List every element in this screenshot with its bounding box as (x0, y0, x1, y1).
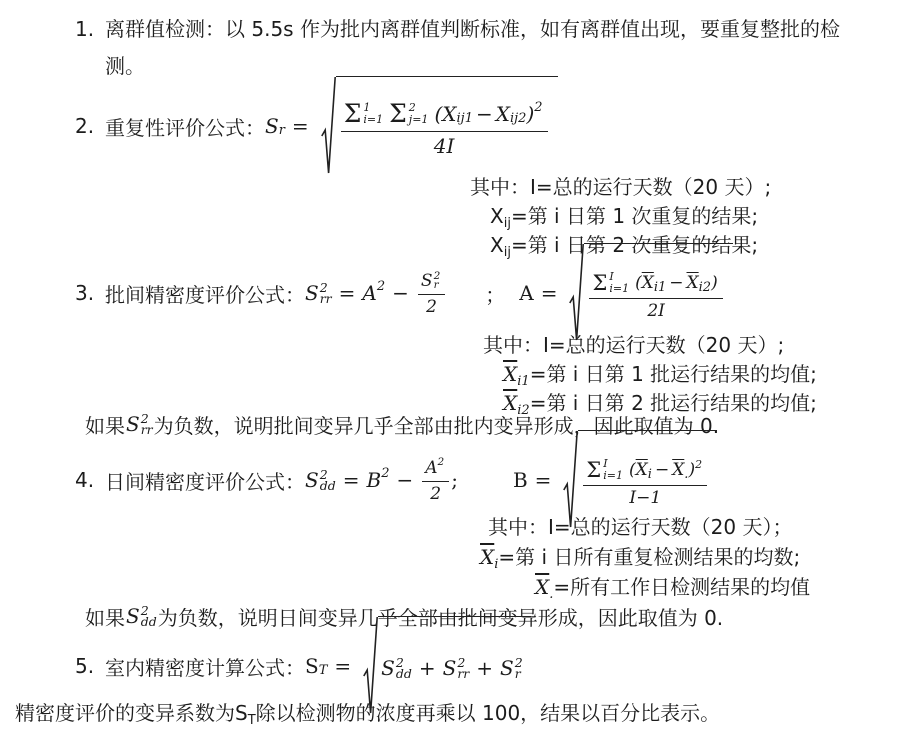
math-token: = (292, 114, 309, 138)
math-token: r (515, 668, 521, 679)
note-line: Xi=第 i 日所有重复检测结果的均数; (480, 541, 810, 571)
math-token: i=1 (609, 283, 629, 295)
math-token: i1 (517, 374, 529, 389)
math-token: ij2 (510, 111, 526, 126)
math-token: ( (635, 273, 642, 293)
math-token: rr (141, 424, 153, 435)
math-token: − (392, 281, 409, 305)
math-token: S (305, 281, 319, 305)
math-token: X (535, 575, 549, 599)
math-token: X (672, 460, 684, 480)
note-text: =所有工作日检测结果的均值 (553, 571, 810, 600)
document-page: 1. 离群值检测：以 5.5s 作为批内离群值判断标准，如有离群值出现，要重复整… (0, 0, 919, 729)
item4-notes: 其中：I=总的运行天数（20 天）； Xi=第 i 日所有重复检测结果的均数; … (480, 511, 810, 601)
math-token: X (642, 273, 654, 293)
math-token: S (235, 701, 248, 725)
formula-between-run: S2rr = A2 − S2r 2 ； A = Σ Ii=1 (305, 243, 733, 343)
math-token: = (334, 654, 351, 678)
math-token: ij1 (457, 111, 473, 126)
math-token: − (655, 460, 669, 480)
math-token: X (442, 102, 456, 126)
sub-sup-group: S2rr (126, 412, 153, 436)
list-number-5: 5. (75, 654, 105, 678)
radicand: Σ Ii=1 (Xi1−Xi2) 2I (584, 243, 732, 343)
sub-sup-group: S2rr (305, 281, 332, 305)
math-token: i (648, 467, 652, 482)
note-line: X.=所有工作日检测结果的均值 (535, 571, 810, 601)
math-token: S (500, 656, 514, 680)
math-token: S (126, 604, 140, 628)
math-token: dd (141, 616, 157, 627)
item2-label: 重复性评价公式： (105, 112, 265, 141)
math-token: rr (457, 668, 469, 679)
caveat-pre: 如果 (85, 410, 125, 439)
math-token: S (443, 656, 457, 680)
math-token: dd (320, 480, 336, 491)
math-token: A (519, 281, 533, 305)
item3-label: 批间精密度评价公式： (105, 279, 305, 308)
math-token: rr (320, 293, 332, 304)
math-token: S (305, 654, 319, 678)
note-line: 其中：I=总的运行天数（20 天）; (470, 171, 771, 200)
math-token: 2 (534, 100, 542, 115)
summation: Σ 2j=1 (389, 99, 428, 128)
sigma-icon: Σ (586, 458, 601, 482)
math-token: i=1 (603, 470, 623, 482)
summation: Σ 1i=1 (344, 99, 383, 128)
math-token: S (126, 412, 140, 436)
math-token: S (421, 271, 433, 291)
radical-sign-icon (321, 76, 336, 176)
note-text: 其中：I=总的运行天数（20 天）; (470, 171, 771, 200)
math-token: 2 (381, 466, 389, 481)
math-token: X (636, 460, 648, 480)
square-root: Σ 1i=1 Σ 2j=1 (Xij1−Xij2)2 4I (321, 76, 558, 176)
note-text: =第 i 日所有重复检测结果的均数; (498, 541, 800, 570)
radical-sign-icon (569, 243, 584, 343)
list-item-3: 3. 批间精密度评价公式： S2rr = A2 − S2r 2 ； A = Σ (75, 264, 733, 322)
math-token: T (319, 663, 328, 678)
list-item-5: 5. 室内精密度计算公式： ST = S2dd + S2rr + S2r (75, 641, 531, 691)
item5-label: 室内精密度计算公式： (105, 652, 305, 681)
note-line: Xi1=第 i 日第 1 批运行结果的均值; (503, 358, 817, 387)
fraction: Σ 1i=1 Σ 2j=1 (Xij1−Xij2)2 4I (341, 98, 548, 158)
footer-paragraph: 精密度评价的变异系数为 ST 除以检测物的浓度再乘以 100，结果以百分比表示。 (15, 697, 720, 727)
math-token: − (669, 273, 683, 293)
math-token: 2 (438, 456, 445, 468)
math-token: I (603, 458, 607, 470)
note-text: 其中：I=总的运行天数（20 天）； (488, 511, 792, 540)
math-token: S (381, 656, 395, 680)
caveat-pre: 如果 (85, 602, 125, 631)
sigma-icon: Σ (344, 99, 362, 128)
math-token: A (362, 281, 376, 305)
math-token: r (434, 281, 439, 290)
math-token: + (419, 656, 436, 680)
math-token: j=1 (409, 114, 429, 126)
math-token: . (549, 587, 553, 602)
sigma-icon: Σ (592, 271, 607, 295)
math-token: i (494, 557, 498, 572)
math-token: = (343, 468, 360, 492)
fraction: S2r 2 (418, 270, 445, 317)
math-token: ij (504, 216, 511, 231)
square-root: Σ Ii=1 (Xi1−Xi2) 2I (569, 243, 732, 343)
math-token: 1 (363, 102, 370, 114)
math-token: + (476, 656, 493, 680)
list-item-1: 1. 离群值检测：以 5.5s 作为批内离群值判断标准，如有离群值出现，要重复整… (75, 11, 895, 85)
math-token: i=1 (363, 114, 383, 126)
list-number-1: 1. (75, 11, 105, 48)
math-token: X (480, 545, 494, 569)
math-token: X (503, 362, 517, 386)
math-token: r (279, 123, 285, 138)
math-token: 2 (430, 482, 441, 504)
footer-post: 除以检测物的浓度再乘以 100，结果以百分比表示。 (256, 697, 721, 726)
list-item-4: 4. 日间精密度评价公式： S2dd = B2 − A2 2 ; B = Σ (75, 452, 717, 508)
math-token: X (490, 204, 504, 228)
math-token: X (496, 102, 510, 126)
math-token: = (339, 281, 356, 305)
list-number-2: 2. (75, 114, 105, 138)
math-token: 2 (695, 458, 702, 471)
note-line: 其中：I=总的运行天数（20 天）； (488, 511, 810, 541)
math-token: 2 (377, 279, 385, 294)
summation: Σ Ii=1 (592, 271, 629, 295)
note-text: =第 i 日第 1 批运行结果的均值; (530, 358, 817, 387)
item3-notes: 其中：I=总的运行天数（20 天）; Xi1=第 i 日第 1 批运行结果的均值… (483, 329, 817, 416)
footer-pre: 精密度评价的变异系数为 (15, 697, 235, 726)
list-number-3: 3. (75, 281, 105, 305)
math-token: X (687, 273, 699, 293)
note-text: 其中：I=总的运行天数（20 天）; (483, 329, 784, 358)
math-token: 4I (434, 132, 455, 158)
fraction: Σ Ii=1 (Xi−X.)2 I−1 (583, 457, 707, 508)
math-token: T (248, 713, 256, 728)
summation: Σ Ii=1 (586, 458, 623, 482)
list-number-4: 4. (75, 468, 105, 492)
math-token: = (535, 468, 552, 492)
math-token: B (513, 468, 528, 492)
item4-label: 日间精密度评价公式： (105, 466, 305, 495)
math-token: i1 (654, 280, 666, 295)
note-line: 其中：I=总的运行天数（20 天）; (483, 329, 817, 358)
sigma-icon: Σ (389, 99, 407, 128)
sub-sup-group: S2r (500, 656, 523, 680)
math-token: S (265, 114, 279, 138)
math-token: − (396, 468, 413, 492)
fraction: Σ Ii=1 (Xi1−Xi2) 2I (589, 270, 722, 321)
math-token: = (541, 281, 558, 305)
math-token: ； (485, 279, 505, 308)
math-token: I−1 (629, 486, 661, 508)
math-token: ; (451, 468, 458, 492)
item1-text: 离群值检测：以 5.5s 作为批内离群值判断标准，如有离群值出现，要重复整批的检… (105, 11, 840, 85)
math-token: I (609, 271, 613, 283)
math-token: 2I (647, 299, 665, 321)
math-token: dd (396, 668, 412, 679)
list-item-2: 2. 重复性评价公式： Sr = Σ 1i=1 Σ (75, 84, 558, 168)
math-token: ) (711, 273, 718, 293)
note-text: =第 i 日第 1 次重复的结果; (511, 200, 758, 229)
math-token: B (366, 468, 381, 492)
sub-sup-group: S2dd (381, 656, 412, 680)
sub-sup-group: S2rr (443, 656, 470, 680)
math-token: ( (629, 460, 636, 480)
note-line: Xij=第 i 日第 1 次重复的结果; (490, 200, 771, 229)
math-token: A (425, 458, 437, 478)
math-token: 2 (426, 295, 437, 317)
formula-repeatability: Sr = Σ 1i=1 Σ 2j=1 (265, 76, 558, 176)
sub-sup-group: S2dd (126, 604, 157, 628)
item1-line1: 离群值检测：以 5.5s 作为批内离群值判断标准，如有离群值出现，要重复整批的检 (105, 11, 840, 48)
math-token: i2 (699, 280, 711, 295)
math-token: 2 (409, 102, 416, 114)
sub-sup-group: S2dd (305, 468, 336, 492)
fraction: A2 2 (422, 457, 449, 504)
math-token: S (305, 468, 319, 492)
radicand: Σ 1i=1 Σ 2j=1 (Xij1−Xij2)2 4I (336, 76, 558, 176)
math-token: . (684, 467, 688, 482)
math-token: − (476, 102, 493, 126)
